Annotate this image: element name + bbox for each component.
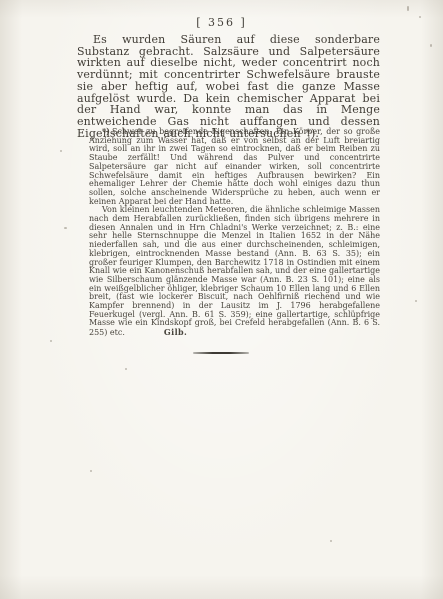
scan-speck [419, 16, 421, 18]
footnote-marker: *) [102, 126, 112, 136]
scan-speck [60, 150, 62, 152]
scan-speck [90, 470, 92, 472]
scan-speck [125, 368, 127, 370]
footnote-end-rule [193, 352, 249, 354]
footnote-signature: Gilb. [151, 328, 187, 337]
footnote-paragraph-2: Von kleinen leuchtenden Meteoren, die äh… [89, 206, 380, 338]
page-number: [ 356 ] [0, 16, 443, 29]
scan-speck [330, 540, 332, 542]
footnote-paragraph-1: *)Schwer zu begreifende Eigenschaften. E… [89, 127, 380, 206]
main-paragraph: Es wurden Säuren auf diese sonderbare Su… [77, 34, 380, 139]
scan-speck [430, 44, 432, 47]
footnote-text-2: Von kleinen leuchtenden Meteoren, die äh… [89, 205, 380, 337]
footnote-text-1: Schwer zu begreifende Eigenschaften. Ein… [89, 127, 380, 206]
scan-speck [50, 340, 52, 342]
scanned-book-page: [ 356 ] Es wurden Säuren auf diese sonde… [0, 0, 443, 599]
footnote-block: *)Schwer zu begreifende Eigenschaften. E… [89, 127, 380, 338]
scan-speck [64, 227, 67, 229]
scan-speck [407, 6, 409, 11]
scan-speck [415, 300, 417, 302]
